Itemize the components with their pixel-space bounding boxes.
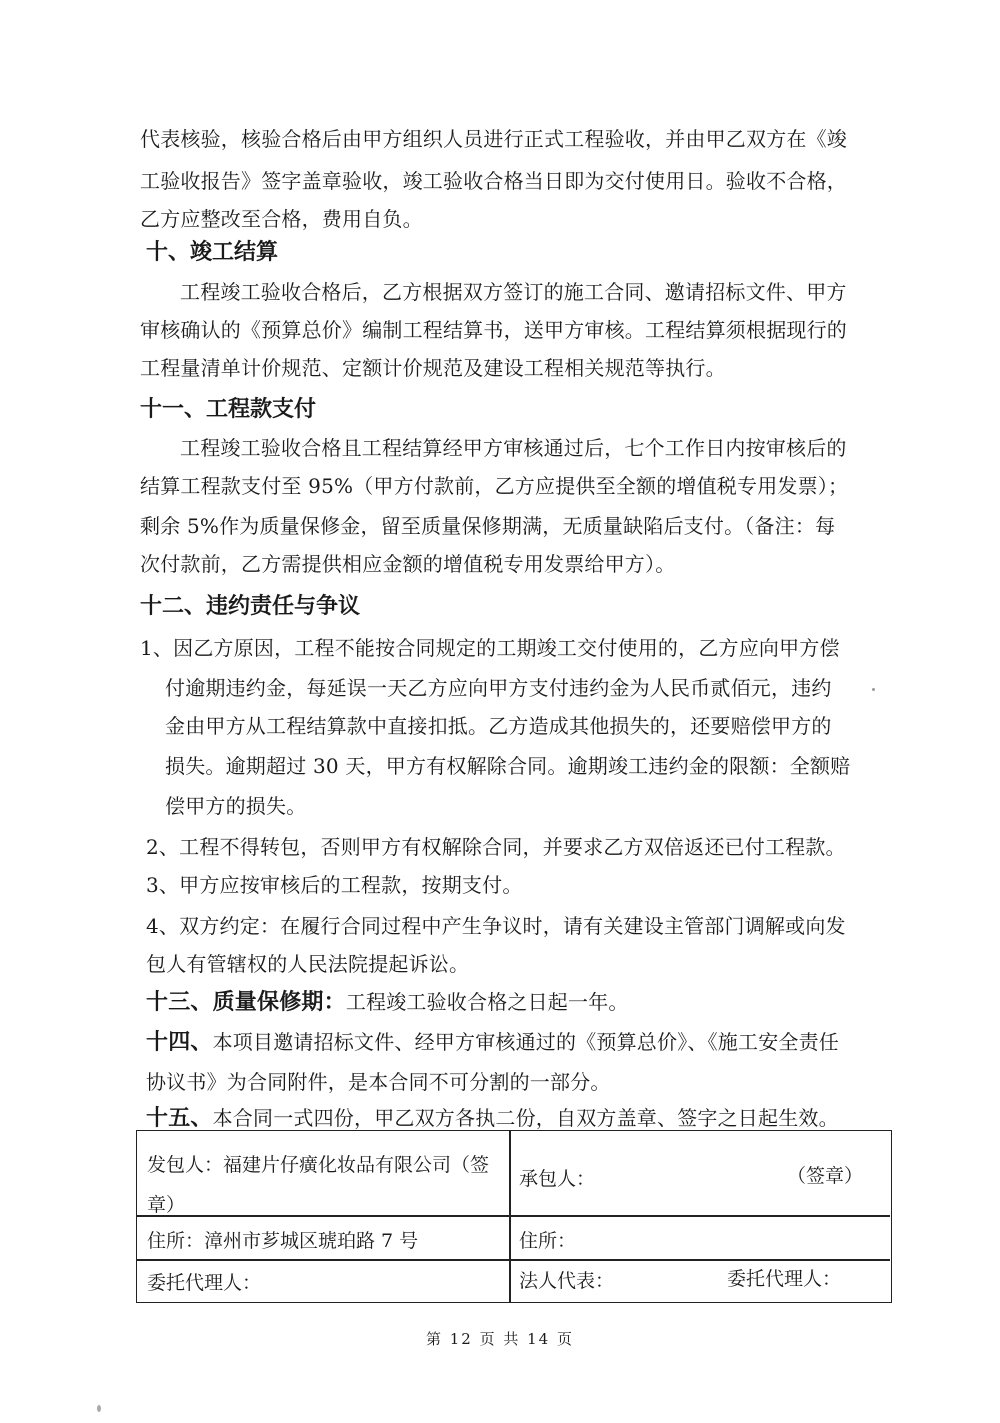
section-14-line-1: 十四、本项目邀请招标文件、经甲方审核通过的《预算总价》、《施工安全责任 bbox=[146, 1030, 839, 1055]
section-12-item-2: 2、工程不得转包，否则甲方有权解除合同，并要求乙方双倍返还已付工程款。 bbox=[146, 835, 846, 859]
section-11-line-3: 剩余 5%作为质量保修金，留至质量保修期满，无质量缺陷后支付。（备注：每 bbox=[140, 514, 835, 538]
employer-agent-label: 委托代理人： bbox=[147, 1271, 261, 1295]
page-number: 第 12 页 共 14 页 bbox=[0, 1328, 1000, 1349]
contractor-address-label: 住所： bbox=[519, 1229, 576, 1253]
table-divider-vertical bbox=[509, 1131, 511, 1302]
section-11-heading: 十一、工程款支付 bbox=[140, 397, 316, 423]
contract-page: 代表核验，核验合格后由甲方组织人员进行正式工程验收，并由甲乙双方在《竣 工验收报… bbox=[0, 0, 1000, 1423]
employer-address: 住所：漳州市芗城区琥珀路 7 号 bbox=[147, 1229, 418, 1253]
scan-speck bbox=[872, 688, 875, 691]
employer-label-line-1: 发包人：福建片仔癀化妆品有限公司（签 bbox=[147, 1153, 489, 1177]
contractor-agent-label: 委托代理人： bbox=[727, 1267, 841, 1291]
section-11-line-1: 工程竣工验收合格且工程结算经甲方审核通过后，七个工作日内按审核后的 bbox=[180, 436, 847, 460]
section-12-item-1-line-4: 损失。逾期超过 30 天，甲方有权解除合同。逾期竣工违约金的限额：全额赔 bbox=[165, 754, 850, 778]
section-12-item-4-line-2: 包人有管辖权的人民法院提起诉讼。 bbox=[146, 952, 469, 976]
intro-line-3: 乙方应整改至合格，费用自负。 bbox=[140, 207, 423, 231]
section-15-heading: 十五、 bbox=[146, 1106, 213, 1131]
section-14-line-2: 协议书》为合同附件，是本合同不可分割的一部分。 bbox=[146, 1070, 611, 1094]
section-12-item-1-line-5: 偿甲方的损失。 bbox=[165, 794, 306, 818]
section-10-line-1: 工程竣工验收合格后，乙方根据双方签订的施工合同、邀请招标文件、甲方 bbox=[180, 280, 847, 304]
section-14-heading: 十四、 bbox=[146, 1030, 213, 1055]
intro-line-1: 代表核验，核验合格后由甲方组织人员进行正式工程验收，并由甲乙双方在《竣 bbox=[140, 127, 847, 151]
section-13: 十三、质量保修期：工程竣工验收合格之日起一年。 bbox=[146, 990, 629, 1015]
section-10-line-3: 工程量清单计价规范、定额计价规范及建设工程相关规范等执行。 bbox=[140, 356, 726, 380]
section-13-text: 工程竣工验收合格之日起一年。 bbox=[346, 990, 629, 1014]
section-12-item-1-line-3: 金由甲方从工程结算款中直接扣抵。乙方造成其他损失的，还要赔偿甲方的 bbox=[165, 714, 832, 738]
section-13-heading: 十三、质量保修期： bbox=[146, 990, 346, 1015]
section-15-text: 本合同一式四份，甲乙双方各执二份，自双方盖章、签字之日起生效。 bbox=[213, 1106, 839, 1130]
contractor-seal-label: （签章） bbox=[787, 1164, 863, 1188]
section-12-heading: 十二、违约责任与争议 bbox=[140, 594, 360, 620]
section-12-item-1-line-1: 1、因乙方原因，工程不能按合同规定的工期竣工交付使用的，乙方应向甲方偿 bbox=[140, 636, 840, 660]
section-11-line-4: 次付款前，乙方需提供相应金额的增值税专用发票给甲方）。 bbox=[140, 552, 675, 576]
employer-label-line-2: 章） bbox=[147, 1193, 185, 1217]
contractor-legal-rep-label: 法人代表： bbox=[519, 1269, 614, 1293]
section-12-item-4-line-1: 4、双方约定：在履行合同过程中产生争议时，请有关建设主管部门调解或向发 bbox=[146, 914, 846, 938]
signature-table: 发包人：福建片仔癀化妆品有限公司（签 章） 承包人： （签章） 住所：漳州市芗城… bbox=[136, 1130, 892, 1303]
contractor-label: 承包人： bbox=[519, 1167, 595, 1191]
section-14-text-1: 本项目邀请招标文件、经甲方审核通过的《预算总价》、《施工安全责任 bbox=[213, 1030, 839, 1054]
section-12-item-1-line-2: 付逾期违约金，每延误一天乙方应向甲方支付违约金为人民币贰佰元，违约 bbox=[165, 676, 832, 700]
table-divider-row-1 bbox=[137, 1215, 890, 1217]
section-10-heading: 十、竣工结算 bbox=[146, 240, 278, 266]
section-11-line-2: 结算工程款支付至 95%（甲方付款前，乙方应提供至全额的增值税专用发票）； bbox=[140, 474, 848, 498]
section-15: 十五、本合同一式四份，甲乙双方各执二份，自双方盖章、签字之日起生效。 bbox=[146, 1106, 839, 1131]
table-divider-row-2 bbox=[137, 1259, 890, 1261]
intro-line-2: 工验收报告》签字盖章验收，竣工验收合格当日即为交付使用日。验收不合格， bbox=[140, 169, 847, 193]
section-10-line-2: 审核确认的《预算总价》编制工程结算书，送甲方审核。工程结算须根据现行的 bbox=[140, 318, 847, 342]
section-12-item-3: 3、甲方应按审核后的工程款，按期支付。 bbox=[146, 873, 523, 897]
scan-speck bbox=[97, 1405, 101, 1412]
